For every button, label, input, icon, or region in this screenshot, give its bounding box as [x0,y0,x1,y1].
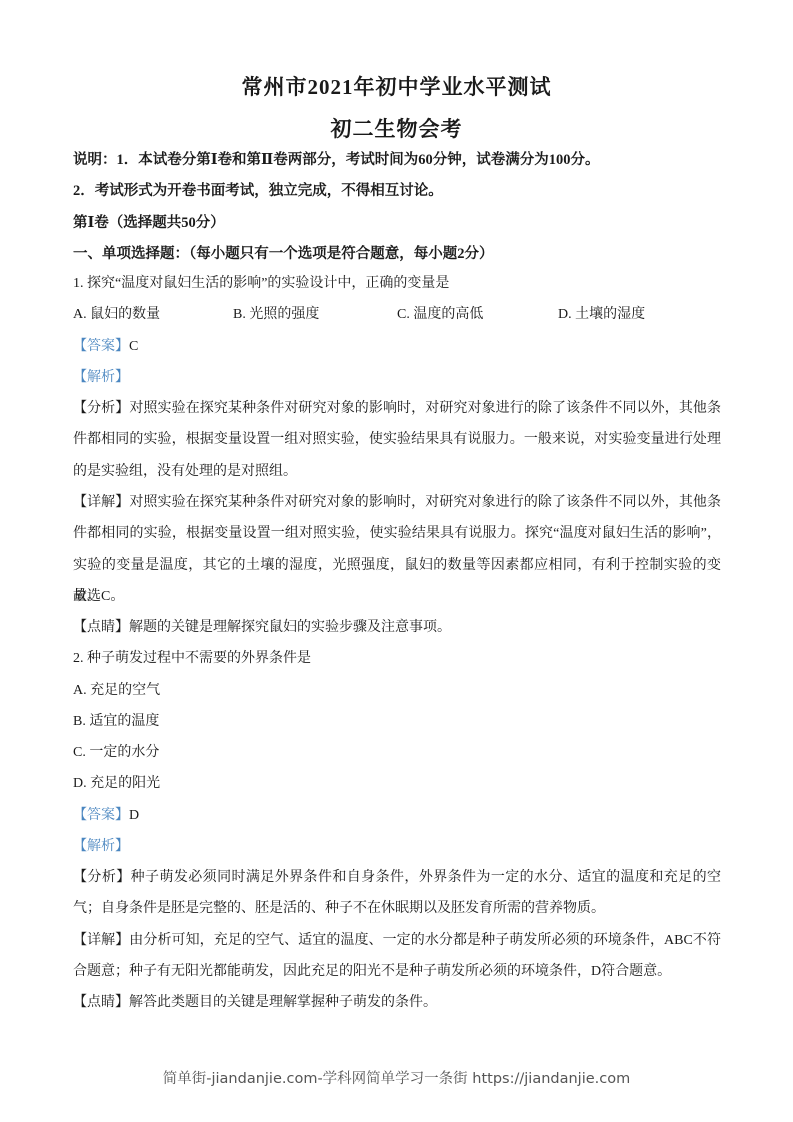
question-2-option-d: D. 充足的阳光 [73,774,160,794]
question-1-dianjing: 【点睛】解题的关键是理解探究鼠妇的实验步骤及注意事项。 [73,618,723,638]
question-1-stem: 1. 探究“温度对鼠妇生活的影响”的实验设计中，正确的变量是 [73,274,723,294]
page-subtitle: 初二生物会考 [0,113,793,143]
footer-watermark: 简单街-jiandanjie.com-学科网简单学习一条街 https://ji… [0,1067,793,1088]
question-2-answer: 【答案】D [73,806,723,826]
question-1-option-b: B. 光照的强度 [233,305,319,325]
question-2-option-a: A. 充足的空气 [73,681,160,701]
part-heading: 一、单项选择题：（每小题只有一个选项是符合题意，每小题2分） [73,244,723,264]
question-1-conclusion: 故选C。 [73,587,723,607]
question-1-fenxi: 【分析】对照实验在探究某种条件对研究对象的影响时，对研究对象进行的除了该条件不同… [73,393,721,487]
section-heading: 第Ⅰ卷（选择题共50分） [73,213,723,233]
question-1-analysis-label: 【解析】 [73,368,723,388]
question-2-analysis-label: 【解析】 [73,837,723,857]
xiangjie-label: 【详解】 [73,495,129,510]
instructions-line-2: 2．考试形式为开卷书面考试，独立完成，不得相互讨论。 [73,181,723,201]
fenxi-label: 【分析】 [73,870,131,885]
question-1-option-d: D. 土壤的湿度 [558,305,645,325]
answer-label: 【答案】 [73,808,129,823]
answer-label: 【答案】 [73,339,129,354]
question-2-dianjing: 【点睛】解答此类题目的关键是理解掌握种子萌发的条件。 [73,993,723,1013]
document-page: 常州市2021年初中学业水平测试 初二生物会考 说明：1．本试卷分第Ⅰ卷和第Ⅱ卷… [0,0,793,1122]
question-2-xiangjie: 【详解】由分析可知，充足的空气、适宜的温度、一定的水分都是种子萌发所必须的环境条… [73,925,721,988]
xiangjie-label: 【详解】 [73,933,129,948]
dianjing-text: 解答此类题目的关键是理解掌握种子萌发的条件。 [129,995,437,1010]
question-2-option-c: C. 一定的水分 [73,743,159,763]
question-2-fenxi: 【分析】种子萌发必须同时满足外界条件和自身条件，外界条件为一定的水分、适宜的温度… [73,862,721,925]
answer-value: C [129,339,138,354]
fenxi-label: 【分析】 [73,401,129,416]
answer-value: D [129,808,139,823]
page-title: 常州市2021年初中学业水平测试 [0,71,793,101]
instructions-line-1: 说明：1．本试卷分第Ⅰ卷和第Ⅱ卷两部分，考试时间为60分钟，试卷满分为100分。 [73,150,723,170]
fenxi-text: 种子萌发必须同时满足外界条件和自身条件，外界条件为一定的水分、适宜的温度和充足的… [73,870,721,916]
question-1-option-c: C. 温度的高低 [397,305,483,325]
question-2-stem: 2. 种子萌发过程中不需要的外界条件是 [73,649,723,669]
dianjing-text: 解题的关键是理解探究鼠妇的实验步骤及注意事项。 [129,620,451,635]
dianjing-label: 【点睛】 [73,620,129,635]
dianjing-label: 【点睛】 [73,995,129,1010]
fenxi-text: 对照实验在探究某种条件对研究对象的影响时，对研究对象进行的除了该条件不同以外，其… [73,401,721,479]
question-1-answer: 【答案】C [73,337,723,357]
xiangjie-text: 由分析可知，充足的空气、适宜的温度、一定的水分都是种子萌发所必须的环境条件，AB… [73,933,721,979]
question-1-option-a: A. 鼠妇的数量 [73,305,160,325]
question-2-option-b: B. 适宜的温度 [73,712,159,732]
